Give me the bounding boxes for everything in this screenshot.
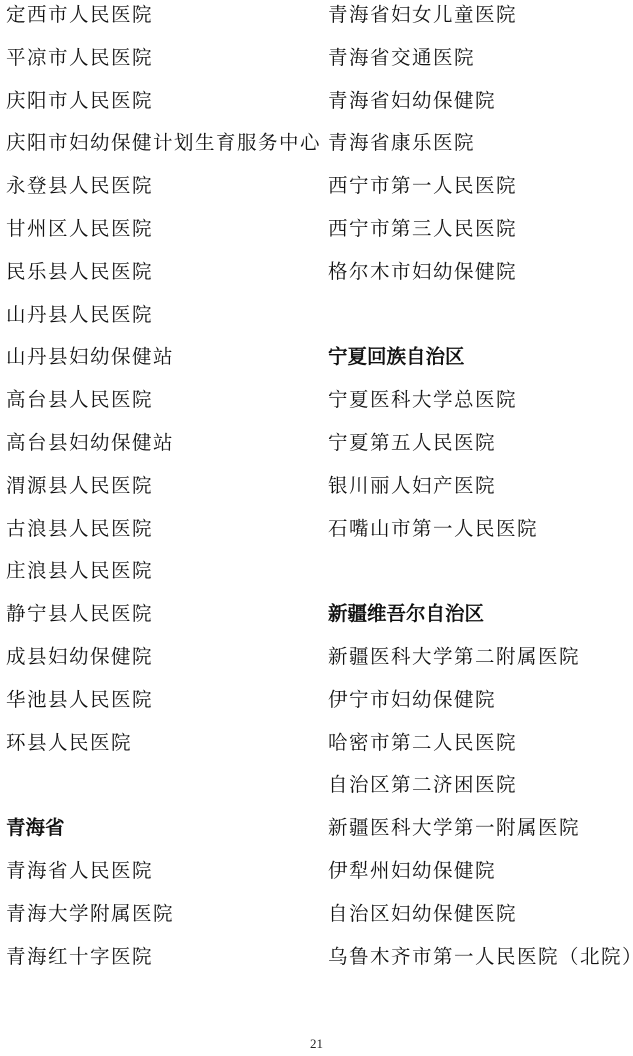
hospital-list-item: 甘州区人民医院 <box>6 214 321 257</box>
hospital-list-item: 哈密市第二人民医院 <box>328 728 633 771</box>
hospital-list-item: 自治区第二济困医院 <box>328 770 633 813</box>
hospital-list-item: 伊犁州妇幼保健院 <box>328 856 633 899</box>
hospital-list-item: 古浪县人民医院 <box>6 514 321 557</box>
hospital-list-item: 静宁县人民医院 <box>6 599 321 642</box>
hospital-list-item: 伊宁市妇幼保健院 <box>328 685 633 728</box>
hospital-list-item: 青海省人民医院 <box>6 856 321 899</box>
region-heading: 宁夏回族自治区 <box>328 342 633 385</box>
hospital-list-item: 青海省妇幼保健院 <box>328 86 633 129</box>
hospital-list-item: 银川丽人妇产医院 <box>328 471 633 514</box>
hospital-list-item: 青海大学附属医院 <box>6 899 321 942</box>
hospital-list-item: 庆阳市妇幼保健计划生育服务中心 <box>6 128 321 171</box>
spacer <box>328 300 633 343</box>
hospital-list-item: 山丹县人民医院 <box>6 300 321 343</box>
hospital-list-item: 民乐县人民医院 <box>6 257 321 300</box>
page-number: 21 <box>0 1036 633 1052</box>
region-heading: 新疆维吾尔自治区 <box>328 599 633 642</box>
hospital-list-item: 新疆医科大学第二附属医院 <box>328 642 633 685</box>
hospital-list-item: 乌鲁木齐市第一人民医院（北院） <box>328 942 633 985</box>
region-heading: 青海省 <box>6 813 321 856</box>
hospital-list-item: 华池县人民医院 <box>6 685 321 728</box>
hospital-list-item: 青海红十字医院 <box>6 942 321 985</box>
hospital-list-item: 高台县人民医院 <box>6 385 321 428</box>
hospital-list-item: 格尔木市妇幼保健院 <box>328 257 633 300</box>
hospital-list-item: 永登县人民医院 <box>6 171 321 214</box>
hospital-list-item: 青海省交通医院 <box>328 43 633 86</box>
hospital-list-item: 庄浪县人民医院 <box>6 556 321 599</box>
hospital-list-item: 定西市人民医院 <box>6 0 321 43</box>
hospital-list-item: 自治区妇幼保健医院 <box>328 899 633 942</box>
hospital-list-item: 高台县妇幼保健站 <box>6 428 321 471</box>
left-column: 定西市人民医院平凉市人民医院庆阳市人民医院庆阳市妇幼保健计划生育服务中心永登县人… <box>6 0 321 984</box>
hospital-list-item: 庆阳市人民医院 <box>6 86 321 129</box>
hospital-list-item: 山丹县妇幼保健站 <box>6 342 321 385</box>
hospital-list-item: 西宁市第三人民医院 <box>328 214 633 257</box>
hospital-list-item: 环县人民医院 <box>6 728 321 771</box>
hospital-list-item: 石嘴山市第一人民医院 <box>328 514 633 557</box>
hospital-list-item: 宁夏医科大学总医院 <box>328 385 633 428</box>
hospital-list-item: 宁夏第五人民医院 <box>328 428 633 471</box>
hospital-list-item: 新疆医科大学第一附属医院 <box>328 813 633 856</box>
right-column: 青海省妇女儿童医院青海省交通医院青海省妇幼保健院青海省康乐医院西宁市第一人民医院… <box>328 0 633 984</box>
hospital-list-item: 渭源县人民医院 <box>6 471 321 514</box>
hospital-list-item: 西宁市第一人民医院 <box>328 171 633 214</box>
hospital-list-item: 青海省康乐医院 <box>328 128 633 171</box>
hospital-list-item: 平凉市人民医院 <box>6 43 321 86</box>
spacer <box>328 556 633 599</box>
hospital-list-item: 成县妇幼保健院 <box>6 642 321 685</box>
hospital-list-item: 青海省妇女儿童医院 <box>328 0 633 43</box>
spacer <box>6 770 321 813</box>
